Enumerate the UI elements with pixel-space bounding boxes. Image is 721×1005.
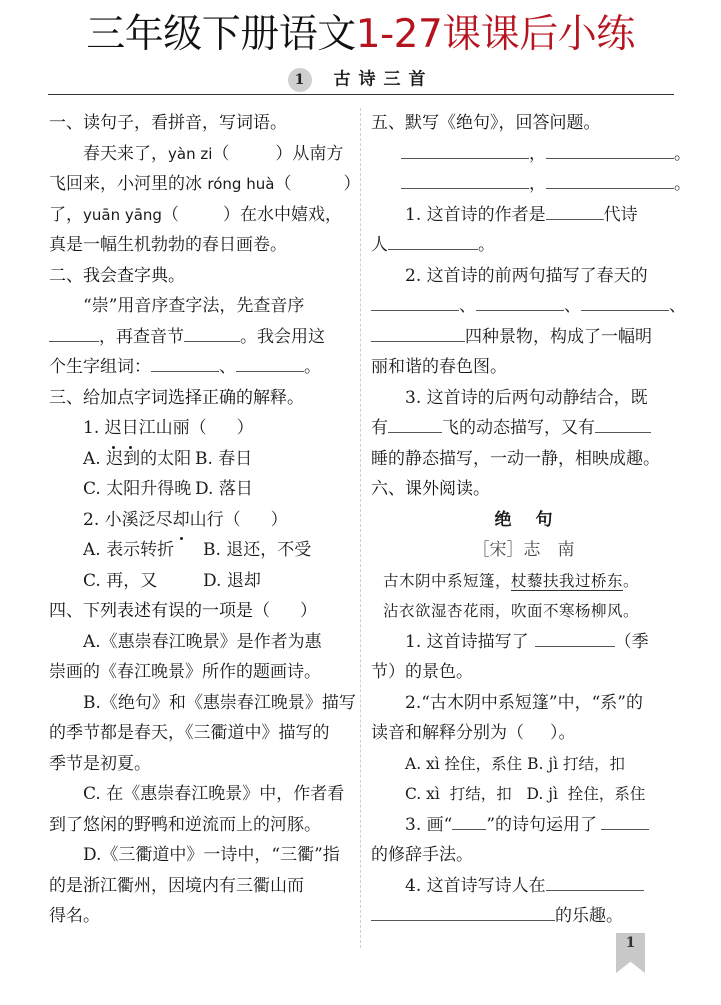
s1-line-3: 了，yuān yāng（）在水中嬉戏， — [49, 200, 351, 231]
s6-q3: 3. 画“”的诗句运用了 — [371, 810, 676, 841]
s6-q2-cont: 读音和解释分别为（）。 — [371, 718, 676, 749]
s6-q1-cont: 节）的景色。 — [371, 657, 676, 688]
s2-line-1: “崇”用音序查字法，先查音序 — [49, 291, 351, 322]
pinyin-yuanyang: yuān yāng — [83, 206, 162, 224]
answer-blank[interactable] — [388, 231, 478, 250]
option-d[interactable]: D. 落日 — [195, 474, 253, 505]
s4-option-c-2: 到了悠闲的野鸭和逆流而上的河豚。 — [49, 810, 351, 841]
option-d[interactable]: D. 退却 — [203, 566, 261, 597]
right-column: 五、默写《绝句》，回答问题。 ，。 ，。 1. 这首诗的作者是代诗 人。 2. … — [371, 108, 676, 932]
s5-q2-blanks: 、、、 — [371, 291, 676, 322]
answer-blank[interactable] — [476, 292, 564, 311]
pinyin-ronghua: róng huà — [207, 175, 274, 193]
s4-option-a-2: 崇画的《春江晚景》所作的题画诗。 — [49, 657, 351, 688]
s1-line-4: 真是一幅生机勃勃的春日画卷。 — [49, 230, 351, 261]
poem-line-1: 古木阴中系短篷，杖藜扶我过桥东。 — [371, 566, 676, 597]
s4-option-b-1[interactable]: B.《绝句》和《惠崇春江晚景》描写 — [49, 688, 351, 719]
section-6-heading: 六、课外阅读。 — [371, 474, 676, 505]
s6-q1: 1. 这首诗描写了（季 — [371, 627, 676, 658]
title-grade: 三年级下册语文 — [86, 12, 356, 57]
s6-q3-cont: 的修辞手法。 — [371, 840, 676, 871]
s2-line-3: 个生字组词：、。 — [49, 352, 351, 383]
s5-q3-end: 睡的静态描写，一动一静，相映成趣。 — [371, 444, 676, 475]
emphasis-char: 却 — [173, 505, 190, 536]
answer-blank[interactable] — [151, 353, 219, 372]
title-lessons: 1-27课课后小练 — [356, 12, 635, 57]
option-c[interactable]: C. 再，又 — [83, 566, 203, 597]
s5-q2-cont: 四种景物，构成了一幅明 — [371, 322, 676, 353]
answer-blank[interactable] — [184, 323, 240, 342]
lesson-title: 古诗三首 — [334, 70, 434, 90]
s5-q1-cont: 人。 — [371, 230, 676, 261]
s2-line-2: ，再查音节。我会用这 — [49, 322, 351, 353]
s6-q2-options-row1[interactable]: A. xì 拴住，系住 B. jì 打结，扣 — [371, 749, 676, 780]
answer-blank[interactable] — [546, 140, 674, 159]
answer-blank[interactable] — [452, 811, 486, 830]
section-4-heading: 四、下列表述有误的一项是（） — [49, 596, 351, 627]
s1-line-1: 春天来了，yàn zi（）从南方 — [49, 139, 351, 170]
option-c[interactable]: C. 太阳升得晚 — [83, 474, 195, 505]
answer-blank[interactable] — [401, 140, 529, 159]
poem-title: 绝句 — [371, 505, 676, 536]
lesson-heading: 1古诗三首 — [0, 67, 721, 92]
lesson-number-badge: 1 — [288, 68, 312, 92]
answer-blank[interactable] — [236, 353, 304, 372]
answer-blank[interactable] — [601, 811, 649, 830]
section-3-heading: 三、给加点字词选择正确的解释。 — [49, 383, 351, 414]
answer-blank[interactable] — [401, 170, 529, 189]
pinyin-yanzi: yàn zi — [168, 145, 212, 163]
answer-blank[interactable] — [388, 414, 442, 433]
column-divider — [360, 108, 361, 948]
s4-option-c-1[interactable]: C. 在《惠崇春江晚景》中，作者看 — [49, 779, 351, 810]
emphasis-char: 日 — [122, 413, 139, 444]
dictation-line-1: ，。 — [371, 139, 676, 170]
emphasis-char: 迟 — [105, 413, 122, 444]
answer-blank[interactable] — [49, 323, 99, 342]
left-column: 一、读句子，看拼音，写词语。 春天来了，yàn zi（）从南方 飞回来，小河里的… — [49, 108, 351, 932]
answer-blank[interactable] — [546, 872, 644, 891]
answer-blank[interactable] — [371, 323, 465, 342]
answer-blank[interactable] — [595, 414, 651, 433]
s4-option-a-1[interactable]: A.《惠崇春江晚景》是作者为惠 — [49, 627, 351, 658]
s5-q2: 2. 这首诗的前两句描写了春天的 — [371, 261, 676, 292]
poem-author: ［宋］志 南 — [371, 535, 676, 566]
s5-q2-end: 丽和谐的春色图。 — [371, 352, 676, 383]
s3-q2-options-row1: A. 表示转折B. 退还，不受 — [49, 535, 351, 566]
s5-q3: 3. 这首诗的后两句动静结合，既 — [371, 383, 676, 414]
dictation-line-2: ，。 — [371, 169, 676, 200]
section-5-heading: 五、默写《绝句》，回答问题。 — [371, 108, 676, 139]
s6-q4: 4. 这首诗写诗人在 — [371, 871, 676, 902]
s3-q2: 2. 小溪泛尽却山行（） — [49, 505, 351, 536]
option-a[interactable]: A. 迟到的太阳 — [83, 444, 195, 475]
section-1-heading: 一、读句子，看拼音，写词语。 — [49, 108, 351, 139]
s1-line-2: 飞回来，小河里的冰 róng huà（） — [49, 169, 351, 200]
answer-blank[interactable] — [371, 902, 555, 921]
s4-option-b-2: 的季节都是春天，《三衢道中》描写的 — [49, 718, 351, 749]
s4-option-d-3: 得名。 — [49, 901, 351, 932]
underlined-verse: 杖藜扶我过桥东 — [511, 572, 623, 591]
page-number: 1 — [616, 935, 645, 951]
s5-q3-cont: 有飞的动态描写，又有 — [371, 413, 676, 444]
s6-q2-options-row2[interactable]: C. xì 打结，扣 D. jì 拴住，系住 — [371, 779, 676, 810]
s4-option-d-2: 的是浙江衢州，因境内有三衢山而 — [49, 871, 351, 902]
answer-blank[interactable] — [535, 628, 615, 647]
s3-q2-options-row2: C. 再，又D. 退却 — [49, 566, 351, 597]
answer-blank[interactable] — [371, 292, 459, 311]
section-2-heading: 二、我会查字典。 — [49, 261, 351, 292]
s3-q1: 1. 迟日江山丽（） — [49, 413, 351, 444]
s4-option-d-1[interactable]: D.《三衢道中》一诗中，“三衢”指 — [49, 840, 351, 871]
page-title: 三年级下册语文1-27课课后小练 — [0, 10, 721, 60]
answer-blank[interactable] — [581, 292, 669, 311]
answer-blank[interactable] — [546, 170, 674, 189]
s4-option-b-3: 季节是初夏。 — [49, 749, 351, 780]
s3-q1-options-row1: A. 迟到的太阳B. 春日 — [49, 444, 351, 475]
s5-q1: 1. 这首诗的作者是代诗 — [371, 200, 676, 231]
s6-q2: 2.“古木阴中系短篷”中，“系”的 — [371, 688, 676, 719]
poem-line-2: 沾衣欲湿杏花雨，吹面不寒杨柳风。 — [371, 596, 676, 627]
option-a[interactable]: A. 表示转折 — [83, 535, 203, 566]
option-b[interactable]: B. 退还，不受 — [203, 535, 311, 566]
answer-blank[interactable] — [546, 201, 604, 220]
s6-q4-cont: 的乐趣。 — [371, 901, 676, 932]
header-divider — [48, 94, 674, 95]
s3-q1-options-row2: C. 太阳升得晚D. 落日 — [49, 474, 351, 505]
option-b[interactable]: B. 春日 — [195, 444, 252, 475]
